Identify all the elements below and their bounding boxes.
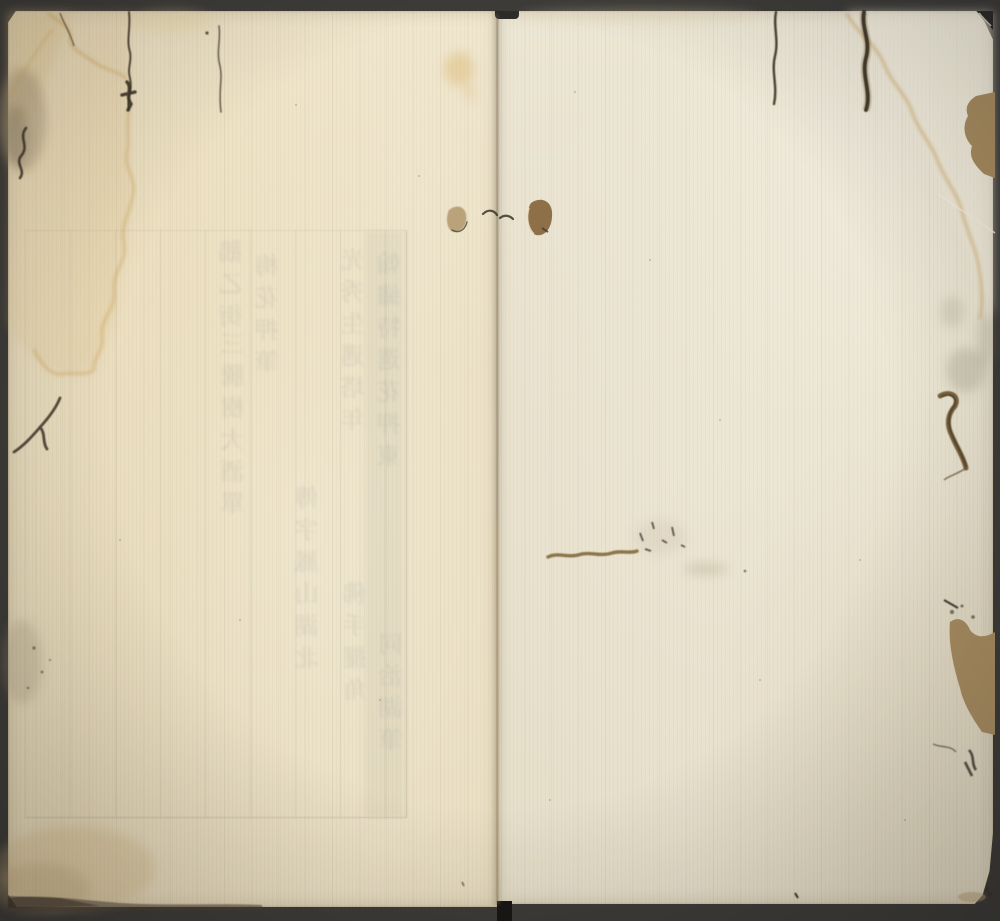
edge-mark-bottomright <box>986 888 991 896</box>
book-scan: 鵝乙街三騰樹大酒單梅花押筆傳字鳳山湖北光秀生邁塔年佛手擺角翰繡特選花押東同治湖筆 <box>0 0 1000 921</box>
bleedthrough-column: 鵝乙街 <box>215 239 250 335</box>
bleedthrough-column: 三騰樹大酒單 <box>217 331 252 523</box>
binding-gap-bottom <box>497 901 512 921</box>
bleedthrough-text-block: 鵝乙街三騰樹大酒單梅花押筆傳字鳳山湖北光秀生邁塔年佛手擺角翰繡特選花押東同治湖筆 <box>25 230 407 818</box>
bleedthrough-column: 光秀生邁塔年 <box>337 247 372 439</box>
bleedthrough-column: 傳字鳳山湖北 <box>291 485 326 677</box>
bleedthrough-column: 同治湖筆 <box>375 631 410 759</box>
bleedthrough-center-band <box>365 231 403 817</box>
bleedthrough-column: 佛手擺角 <box>339 581 374 709</box>
left-page: 鵝乙街三騰樹大酒單梅花押筆傳字鳳山湖北光秀生邁塔年佛手擺角翰繡特選花押東同治湖筆 <box>8 11 497 907</box>
bleedthrough-column: 翰繡特選花押東 <box>373 251 408 475</box>
right-page <box>497 11 993 904</box>
bleedthrough-column: 梅花押筆 <box>251 253 286 381</box>
binding-notch-top <box>495 11 519 19</box>
